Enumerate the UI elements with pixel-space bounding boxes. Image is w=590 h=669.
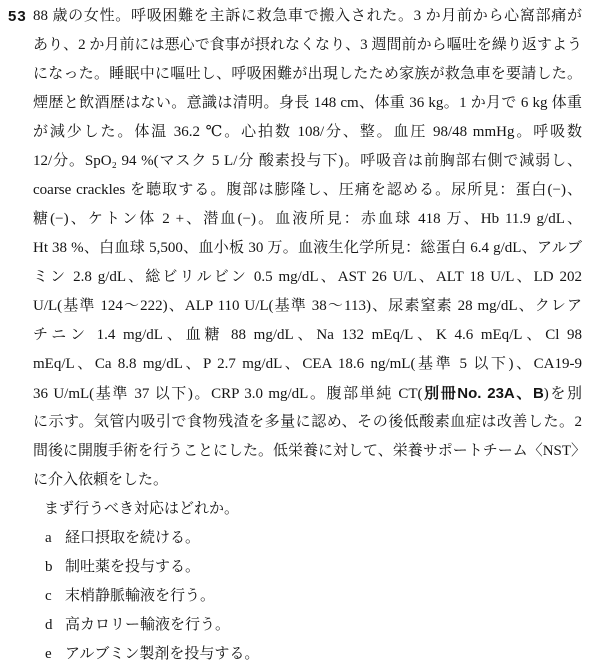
passage-line: あり、2 か月前には悪心で食事が摂れなくなり、3 週間前から嘔吐を繰り返すよう (33, 31, 582, 60)
option-b: b 制吐薬を投与する。 (33, 553, 582, 582)
option-text: 末梢静脈輸液を行う。 (65, 582, 582, 611)
option-text: 経口摂取を続ける。 (65, 524, 582, 553)
options-list: a 経口摂取を続ける。 b 制吐薬を投与する。 c 末梢静脈輸液を行う。 d 高… (33, 524, 582, 669)
passage-line: 糖(−)、ケトン体 2 +、潜血(−)。血液所見：赤血球 418 万、Hb 11… (33, 205, 582, 234)
option-text: アルブミン製剤を投与する。 (65, 640, 582, 669)
passage-text: 36 U/mL(基準 37 以下)。CRP 3.0 mg/dL。腹部単純 CT( (33, 386, 422, 402)
passage-line: 煙歴と飲酒歴はない。意識は清明。身長 148 cm、体重 36 kg。1 か月で… (33, 89, 582, 118)
question-prompt: まず行うべき対応はどれか。 (44, 495, 582, 524)
option-c: c 末梢静脈輸液を行う。 (33, 582, 582, 611)
option-letter: b (45, 553, 65, 582)
question-number: 53 (8, 2, 27, 31)
passage-line: 12/分。SpO₂ 94 %(マスク 5 L/分 酸素投与下)。呼吸音は前胸部右… (33, 147, 582, 176)
question-passage: 88 歳の女性。呼吸困難を主訴に救急車で搬入された。3 か月前から心窩部痛が あ… (33, 2, 582, 495)
passage-line: mEq/L、Ca 8.8 mg/dL、P 2.7 mg/dL、CEA 18.6 … (33, 350, 582, 379)
passage-line: ミン 2.8 g/dL、総ビリルビン 0.5 mg/dL、AST 26 U/L、… (33, 263, 582, 292)
passage-line: に介入依頼をした。 (33, 466, 582, 495)
exam-question-page: 53 88 歳の女性。呼吸困難を主訴に救急車で搬入された。3 か月前から心窩部痛… (0, 0, 590, 669)
option-text: 制吐薬を投与する。 (65, 553, 582, 582)
option-d: d 高カロリー輸液を行う。 (33, 611, 582, 640)
passage-text: )を別 (544, 386, 582, 402)
passage-line: 88 歳の女性。呼吸困難を主訴に救急車で搬入された。3 か月前から心窩部痛が (33, 2, 582, 31)
passage-line: チニン 1.4 mg/dL、血糖 88 mg/dL、Na 132 mEq/L、K… (33, 321, 582, 350)
passage-line: 間後に開腹手術を行うことにした。低栄養に対して、栄養サポートチーム〈NST〉 (33, 437, 582, 466)
option-letter: d (45, 611, 65, 640)
passage-line: になった。睡眠中に嘔吐し、呼吸困難が出現したため家族が救急車を要請した。喫 (33, 60, 582, 89)
option-letter: c (45, 582, 65, 611)
passage-line: Ht 38 %、白血球 5,500、血小板 30 万。血液生化学所見：総蛋白 6… (33, 234, 582, 263)
passage-line: に示す。気管内吸引で食物残渣を多量に認め、その後低酸素血症は改善した。2 週 (33, 408, 582, 437)
figure-reference: 別冊No. 23A、B (422, 385, 543, 402)
passage-line: U/L(基準 124～222)、ALP 110 U/L(基準 38～113)、尿… (33, 292, 582, 321)
option-a: a 経口摂取を続ける。 (33, 524, 582, 553)
option-text: 高カロリー輸液を行う。 (65, 611, 582, 640)
passage-line: coarse crackles を聴取する。腹部は膨隆し、圧痛を認める。尿所見：… (33, 176, 582, 205)
option-e: e アルブミン製剤を投与する。 (33, 640, 582, 669)
option-letter: e (45, 640, 65, 669)
passage-line: が減少した。体温 36.2 ℃。心拍数 108/分、整。血圧 98/48 mmH… (33, 118, 582, 147)
passage-line: 36 U/mL(基準 37 以下)。CRP 3.0 mg/dL。腹部単純 CT(… (33, 379, 582, 408)
option-letter: a (45, 524, 65, 553)
